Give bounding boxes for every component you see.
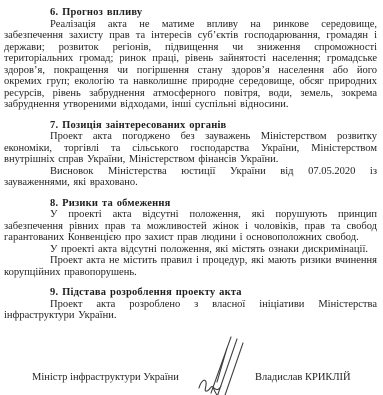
paragraph: Проект акта розроблено з власної ініціат… <box>4 299 377 322</box>
section-heading: 9. Підстава розроблення проекту акта <box>4 278 377 299</box>
section-7-positions: 7. Позиція заінтересованих органів Проек… <box>4 111 377 189</box>
document-page: 6. Прогноз впливу Реалізація акта не мат… <box>0 0 383 395</box>
section-heading: 7. Позиція заінтересованих органів <box>4 111 377 132</box>
section-heading: 6. Прогноз впливу <box>4 5 377 19</box>
paragraph: Реалізація акта не матиме впливу на ринк… <box>4 19 377 111</box>
section-8-risks: 8. Ризики та обмеження У проекті акта ві… <box>4 189 377 279</box>
paragraph: Проект акта не містить правил і процедур… <box>4 255 377 278</box>
section-heading: 8. Ризики та обмеження <box>4 189 377 210</box>
handwritten-signature-icon <box>194 336 256 395</box>
signatory-role: Міністр інфраструктури України <box>32 372 179 384</box>
signatory-name: Владислав КРИКЛІЙ <box>255 372 351 384</box>
signature-block: Міністр інфраструктури України Владислав… <box>4 346 377 395</box>
paragraph: Проект акта погоджено без зауважень Міні… <box>4 131 377 166</box>
paragraph: У проекті акта відсутні положення, які п… <box>4 209 377 244</box>
paragraph: У проекті акта відсутні положення, які м… <box>4 244 377 256</box>
paragraph: Висновок Міністерства юстиції України ві… <box>4 166 377 189</box>
section-6-forecast: 6. Прогноз впливу Реалізація акта не мат… <box>4 5 377 111</box>
section-9-basis: 9. Підстава розроблення проекту акта Про… <box>4 278 377 322</box>
